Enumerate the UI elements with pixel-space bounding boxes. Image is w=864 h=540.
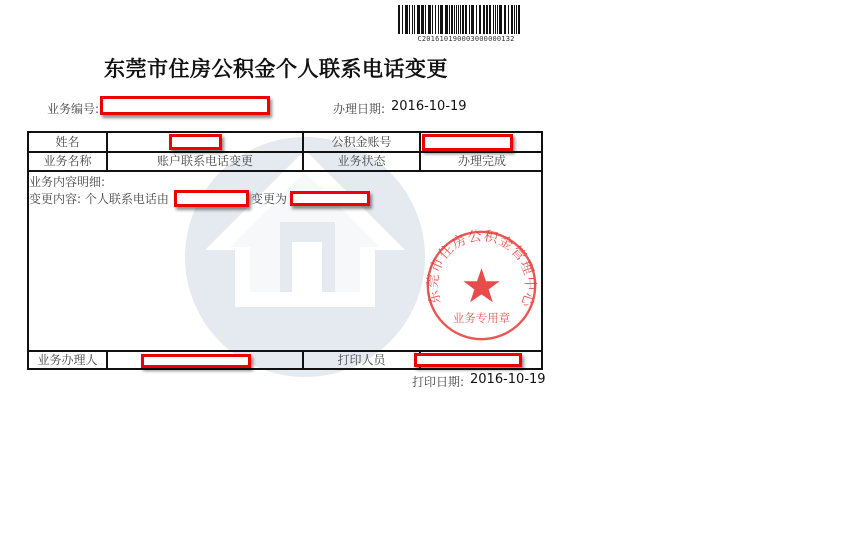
barcode-bar	[518, 5, 520, 34]
name-value-redacted	[169, 134, 222, 150]
barcode-bar	[445, 5, 448, 34]
barcode-bar	[438, 5, 439, 34]
barcode-bar	[479, 5, 481, 34]
barcode-bar	[414, 5, 415, 34]
barcode-bar	[421, 5, 424, 34]
barcode-bar	[493, 5, 494, 34]
barcode-bar	[489, 5, 491, 34]
barcode-bar	[454, 5, 455, 34]
account-label: 公积金账号	[304, 133, 419, 151]
barcode-bar	[486, 5, 488, 34]
barcode-bar	[435, 5, 436, 34]
account-value-redacted	[422, 134, 513, 151]
barcode-bar	[469, 5, 470, 34]
barcode-bar	[460, 5, 461, 34]
barcode-bar	[471, 5, 474, 34]
business-status-value: 办理完成	[421, 152, 543, 170]
barcode-bar	[398, 5, 400, 34]
stamp-organization-text: 东莞市住房公积金管理中心	[425, 228, 539, 310]
print-date-value: 2016-10-19	[470, 372, 546, 387]
name-label: 姓名	[29, 133, 106, 151]
barcode-bar	[451, 5, 453, 34]
stamp-purpose-text: 业务专用章	[453, 311, 511, 325]
barcode-bar	[508, 5, 509, 34]
official-seal-stamp-icon: 东莞市住房公积金管理中心 业务专用章	[424, 228, 539, 343]
barcode-bar	[449, 5, 450, 34]
barcode-bar	[511, 5, 513, 34]
barcode-bar	[412, 5, 413, 34]
business-number-label: 业务编号:	[47, 100, 99, 117]
old-phone-redacted	[174, 190, 249, 207]
details-heading: 业务内容明细:	[29, 173, 105, 190]
barcode-bar	[465, 5, 467, 34]
barcode-bar	[499, 5, 502, 34]
barcode-bar	[516, 5, 517, 34]
barcode-bar	[425, 5, 426, 34]
change-content-middle: 变更为	[251, 190, 287, 207]
barcode-bar	[476, 5, 477, 34]
handle-date-value: 2016-10-19	[391, 99, 467, 114]
business-number-redacted	[100, 96, 270, 115]
barcode	[398, 5, 522, 34]
svg-text:东莞市住房公积金管理中心: 东莞市住房公积金管理中心	[425, 228, 539, 310]
barcode-bar	[497, 5, 498, 34]
barcode-bar	[483, 5, 485, 34]
barcode-bar	[504, 5, 506, 34]
new-phone-redacted	[290, 191, 370, 206]
barcode-bar	[405, 5, 408, 34]
change-content-prefix: 变更内容: 个人联系电话由	[29, 190, 169, 207]
barcode-bar	[458, 5, 459, 34]
print-date-label: 打印日期:	[412, 373, 464, 390]
barcode-bar	[417, 5, 420, 34]
barcode-bar	[456, 5, 458, 34]
handle-date-label: 办理日期:	[333, 100, 385, 117]
handler-value-redacted	[141, 354, 251, 368]
barcode-bar	[428, 5, 431, 34]
business-name-label: 业务名称	[29, 152, 106, 170]
barcode-bar	[514, 5, 515, 34]
printer-value-redacted	[414, 353, 522, 367]
document-title: 东莞市住房公积金个人联系电话变更	[104, 53, 448, 83]
handler-label: 业务办理人	[29, 351, 106, 369]
barcode-bar	[432, 5, 433, 34]
business-status-label: 业务状态	[304, 152, 419, 170]
business-name-value: 账户联系电话变更	[108, 152, 302, 170]
printer-label: 打印人员	[304, 351, 419, 369]
barcode-bar	[409, 5, 410, 34]
barcode-bar	[402, 5, 403, 34]
barcode-number: C201610190003000000132	[398, 35, 534, 43]
barcode-bar	[462, 5, 464, 34]
barcode-bar	[440, 5, 443, 34]
barcode-bar	[495, 5, 496, 34]
